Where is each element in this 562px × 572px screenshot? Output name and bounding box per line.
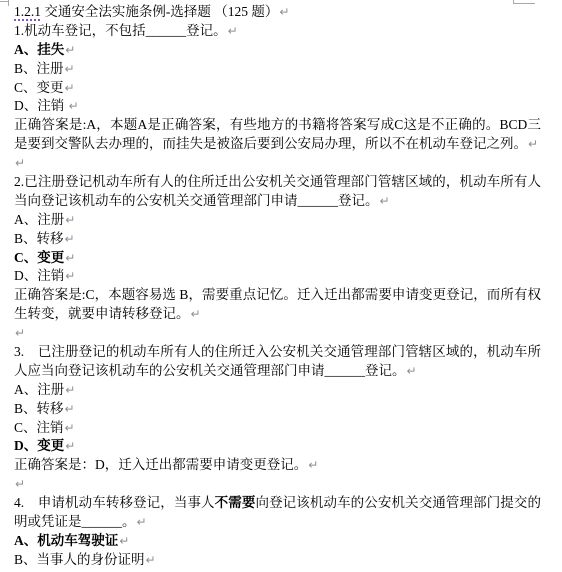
- question-2-option-a: A、注册↵: [14, 211, 541, 230]
- text-run: 人应当向登记该机动车的公安机关交通管理部门申请______登记。: [14, 363, 406, 378]
- question-2-option-c: C、变更↵: [14, 249, 541, 268]
- paragraph-mark-icon: ↵: [68, 99, 79, 113]
- answer-1-line-1: 正确答案是:A，本题A是正确答案，有些地方的书籍将答案写成C这是不正确的。BCD…: [14, 116, 541, 135]
- question-1-option-a: A、挂失↵: [14, 41, 541, 60]
- paragraph-mark-icon: ↵: [64, 232, 75, 246]
- text-run: 是要到交警队去办理的，而挂失是被盗后要到公安局办理，所以不在机动车登记之列。: [14, 136, 527, 151]
- question-1-option-b: B、注册↵: [14, 60, 541, 79]
- question-1-option-d: D、注销 ↵: [14, 97, 541, 116]
- text-run: B、注册: [14, 61, 64, 76]
- text-run: A、注册: [14, 382, 64, 397]
- paragraph-mark-icon: ↵: [14, 326, 25, 340]
- question-2-stem-line-1: 2.已注册登记机动车所有人的住所迁出公安机关交通管理部门管辖区域的，机动车所有人…: [14, 173, 541, 192]
- paragraph-mark-icon: ↵: [527, 137, 538, 151]
- text-run: 明或凭证是______。: [14, 514, 136, 529]
- paragraph-mark-icon: ↵: [118, 534, 129, 548]
- document-body: 1.2.1 交通安全法实施条例-选择题 （125 题）↵1.机动车登记，不包括_…: [14, 3, 541, 570]
- blank-line: ↵: [14, 324, 541, 343]
- section-number: 1.2.1: [14, 4, 41, 19]
- text-run: B、当事人的身份证明: [14, 552, 145, 567]
- question-3-stem-line-1: 3. 已注册登记的机动车所有人的住所迁入公安机关交通管理部门管辖区域的，机动车所…: [14, 343, 541, 362]
- paragraph-mark-icon: ↵: [190, 307, 201, 321]
- text-run: B、转移: [14, 231, 64, 246]
- question-3-option-b: B、转移↵: [14, 400, 541, 419]
- text-run: C、变更: [14, 80, 64, 95]
- bold-text-run: 不需要: [215, 495, 256, 510]
- bold-text-run: A、机动车驾驶证: [14, 533, 118, 548]
- question-2-option-d: D、注销↵: [14, 267, 541, 286]
- paragraph-mark-icon: ↵: [379, 194, 390, 208]
- paragraph-mark-icon: ↵: [64, 62, 75, 76]
- question-2-stem-line-2: 当向登记该机动车的公安机关交通管理部门申请______登记。↵: [14, 192, 541, 211]
- paragraph-mark-icon: ↵: [307, 458, 318, 472]
- paragraph-mark-icon: ↵: [64, 251, 75, 265]
- question-3-option-c: C、注销↵: [14, 419, 541, 438]
- question-2-option-b: B、转移↵: [14, 230, 541, 249]
- text-run: 正确答案是:C，本题容易选 B，需要重点记忆。迁入迁出都需要申请变更登记，而所有…: [14, 287, 541, 305]
- paragraph-mark-icon: ↵: [406, 364, 417, 378]
- text-run: 当向登记该机动车的公安机关交通管理部门申请______登记。: [14, 193, 379, 208]
- text-run: C、注销: [14, 420, 64, 435]
- question-4-stem-line-1: 4. 申请机动车转移登记，当事人不需要向登记该机动车的公安机关交通管理部门提交的…: [14, 494, 541, 513]
- text-run: D、注销: [14, 268, 64, 283]
- paragraph-mark-icon: ↵: [64, 402, 75, 416]
- paragraph-mark-icon: ↵: [64, 383, 75, 397]
- bold-text-run: D、变更: [14, 438, 64, 453]
- question-4-option-a: A、机动车驾驶证↵: [14, 532, 541, 551]
- question-3-option-d: D、变更↵: [14, 437, 541, 456]
- paragraph-mark-icon: ↵: [64, 439, 75, 453]
- paragraph-mark-icon: ↵: [64, 421, 75, 435]
- answer-2-line-2: 生转变，就要申请转移登记。↵: [14, 305, 541, 324]
- blank-line: ↵: [14, 154, 541, 173]
- question-1-stem: 1.机动车登记，不包括______登记。↵: [14, 22, 541, 41]
- answer-2-line-1: 正确答案是:C，本题容易选 B，需要重点记忆。迁入迁出都需要申请变更登记，而所有…: [14, 286, 541, 305]
- text-run: 正确答案是：D，迁入迁出都需要申请变更登记。: [14, 457, 307, 472]
- paragraph-mark-icon: ↵: [64, 269, 75, 283]
- text-run: 3. 已注册登记的机动车所有人的住所迁入公安机关交通管理部门管辖区域的，机动车所…: [14, 344, 541, 362]
- text-run: A、注册: [14, 212, 64, 227]
- paragraph-mark-icon: ↵: [64, 81, 75, 95]
- blank-line: ↵: [14, 475, 541, 494]
- question-1-option-c: C、变更↵: [14, 79, 541, 98]
- paragraph-mark-icon: ↵: [145, 553, 156, 567]
- answer-1-line-2: 是要到交警队去办理的，而挂失是被盗后要到公安局办理，所以不在机动车登记之列。↵: [14, 135, 541, 154]
- paragraph-mark-icon: ↵: [136, 515, 147, 529]
- text-run: 4. 申请机动车转移登记，当事人: [14, 495, 215, 510]
- text-run: D、注销: [14, 98, 68, 113]
- text-run: 交通安全法实施条例-选择题 （125 题）: [41, 4, 278, 19]
- document-page: 1.2.1 交通安全法实施条例-选择题 （125 题）↵1.机动车登记，不包括_…: [0, 0, 562, 572]
- text-run: 生转变，就要申请转移登记。: [14, 306, 190, 321]
- paragraph-mark-icon: ↵: [64, 43, 75, 57]
- paragraph-mark-icon: ↵: [227, 24, 238, 38]
- paragraph-mark-icon: ↵: [64, 213, 75, 227]
- answer-3-line-1: 正确答案是：D，迁入迁出都需要申请变更登记。↵: [14, 456, 541, 475]
- paragraph-mark-icon: ↵: [278, 5, 289, 19]
- bold-text-run: C、变更: [14, 250, 64, 265]
- question-4-option-b: B、当事人的身份证明↵: [14, 551, 541, 570]
- text-run: 1.机动车登记，不包括______登记。: [14, 23, 227, 38]
- question-3-option-a: A、注册↵: [14, 381, 541, 400]
- text-run: 正确答案是:A，本题A是正确答案，有些地方的书籍将答案写成C这是不正确的。BCD…: [14, 117, 541, 135]
- question-4-stem-line-2: 明或凭证是______。↵: [14, 513, 541, 532]
- paragraph-mark-icon: ↵: [14, 477, 25, 491]
- section-heading: 1.2.1 交通安全法实施条例-选择题 （125 题）↵: [14, 3, 541, 22]
- bold-text-run: A、挂失: [14, 42, 64, 57]
- text-run: 2.已注册登记机动车所有人的住所迁出公安机关交通管理部门管辖区域的，机动车所有人…: [14, 174, 541, 192]
- paragraph-mark-icon: ↵: [14, 156, 25, 170]
- question-3-stem-line-2: 人应当向登记该机动车的公安机关交通管理部门申请______登记。↵: [14, 362, 541, 381]
- text-run: B、转移: [14, 401, 64, 416]
